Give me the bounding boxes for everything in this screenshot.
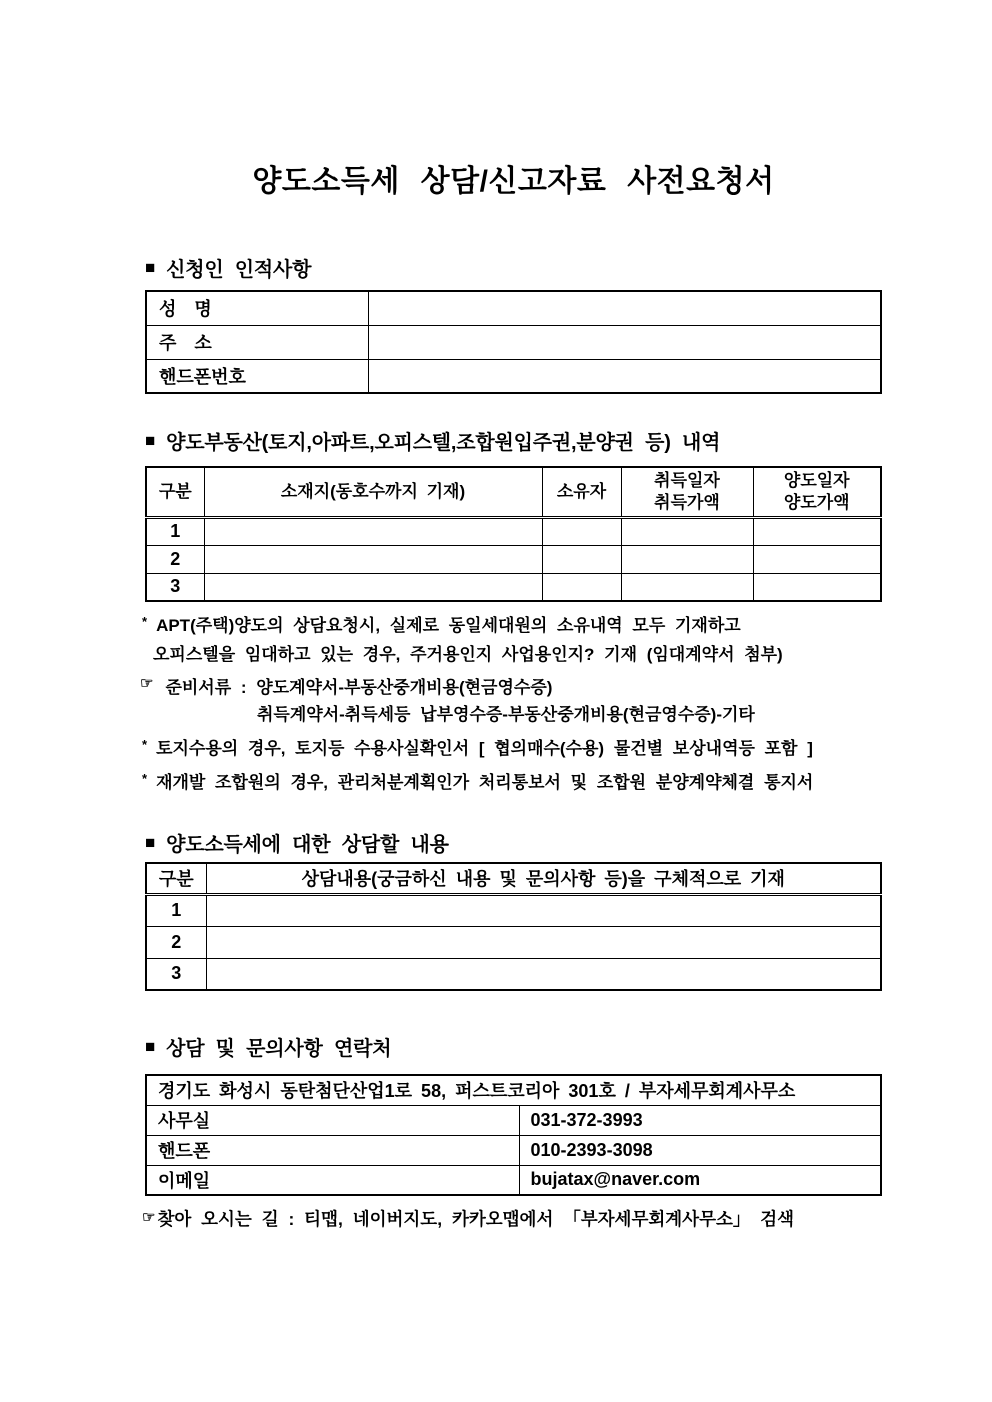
section-heading-applicant-label: 신청인 인적사항 (166, 253, 311, 282)
note-text: APT(주택)양도의 상담요청시, 실제로 동일세대원의 소유내역 모두 기재하… (156, 611, 741, 636)
page-title: 양도소득세 상담/신고자료 사전요청서 (145, 156, 882, 200)
transfer-cell (753, 573, 881, 601)
col-header-owner: 소유자 (542, 467, 621, 517)
office-address: 경기도 화성시 동탄첨단산업1로 58, 퍼스트코리아 301호 / 부자세무회… (146, 1075, 881, 1105)
col-header-no: 구분 (146, 863, 206, 894)
email-label: 이메일 (146, 1165, 519, 1195)
row-number: 2 (146, 545, 204, 573)
property-header-row: 구분 소재지(동호수까지 기재) 소유자 취득일자 취득가액 양도일자 양도가액 (146, 467, 881, 517)
location-cell (204, 545, 542, 573)
col-header-location: 소재지(동호수까지 기재) (204, 467, 542, 517)
note-text: 재개발 조합원의 경우, 관리처분계획인가 처리통보서 및 조합원 분양계약체결… (156, 768, 813, 793)
mobile-phone-label: 핸드폰 (146, 1135, 519, 1165)
section-heading-consult: ■ 양도소득세에 대한 상담할 내용 (145, 828, 449, 857)
address-label: 주 소 (146, 325, 368, 359)
applicant-row-name: 성 명 (146, 291, 881, 325)
row-number: 1 (146, 517, 204, 545)
name-label: 성 명 (146, 291, 368, 325)
property-row-1: 1 (146, 517, 881, 545)
owner-cell (542, 517, 621, 545)
section-heading-applicant: ■ 신청인 인적사항 (145, 253, 311, 282)
name-value-cell (368, 291, 881, 325)
property-row-3: 3 (146, 573, 881, 601)
asterisk-marker-icon: * (142, 771, 147, 786)
acquisition-cell (621, 517, 753, 545)
location-cell (204, 573, 542, 601)
transfer-price-label: 양도가액 (756, 492, 879, 514)
note-redevelopment: * 재개발 조합원의 경우, 관리처분계획인가 처리통보서 및 조합원 분양계약… (140, 768, 813, 793)
consult-row-2: 2 (146, 926, 881, 958)
acquisition-cell (621, 573, 753, 601)
directions-text: 찾아 오시는 길 : 티맵, 네이버지도, 카카오맵에서 「부자세무회계사무소」… (157, 1206, 794, 1231)
transfer-cell (753, 517, 881, 545)
acquisition-price-label: 취득가액 (624, 492, 751, 514)
section-heading-property: ■ 양도부동산(토지,아파트,오피스텔,조합원입주권,분양권 등) 내역 (145, 426, 720, 455)
note-text: 토지수용의 경우, 토지등 수용사실확인서 [ 협의매수(수용) 물건별 보상내… (156, 734, 813, 759)
section-heading-contact-label: 상담 및 문의사항 연락처 (166, 1032, 391, 1061)
contact-address-row: 경기도 화성시 동탄첨단산업1로 58, 퍼스트코리아 301호 / 부자세무회… (146, 1075, 881, 1105)
applicant-row-phone: 핸드폰번호 (146, 359, 881, 393)
consult-content-cell (206, 958, 881, 990)
note-docs-line2: 취득계약서-취득세등 납부영수증-부동산중개비용(현금영수증)-기타 (140, 700, 755, 725)
transfer-date-label: 양도일자 (756, 470, 879, 492)
owner-cell (542, 573, 621, 601)
note-text: 준비서류 : 양도계약서-부동산중개비용(현금영수증) (165, 673, 552, 698)
contact-table: 경기도 화성시 동탄첨단산업1로 58, 퍼스트코리아 301호 / 부자세무회… (145, 1074, 882, 1196)
phone-label: 핸드폰번호 (146, 359, 368, 393)
phone-value-cell (368, 359, 881, 393)
consult-table: 구분 상담내용(궁금하신 내용 및 문의사항 등)을 구체적으로 기재 1 2 … (145, 862, 882, 991)
location-cell (204, 517, 542, 545)
mobile-phone-value: 010-2393-3098 (519, 1135, 881, 1165)
asterisk-marker-icon: * (142, 614, 147, 629)
note-land: * 토지수용의 경우, 토지등 수용사실확인서 [ 협의매수(수용) 물건별 보… (140, 734, 813, 759)
consult-header-row: 구분 상담내용(궁금하신 내용 및 문의사항 등)을 구체적으로 기재 (146, 863, 881, 894)
contact-row-email: 이메일 bujatax@naver.com (146, 1165, 881, 1195)
asterisk-marker-icon: * (142, 737, 147, 752)
applicant-table: 성 명 주 소 핸드폰번호 (145, 290, 882, 394)
consult-row-3: 3 (146, 958, 881, 990)
pointing-hand-icon: ☞ (140, 674, 153, 692)
office-phone-value: 031-372-3993 (519, 1105, 881, 1135)
consult-row-1: 1 (146, 894, 881, 926)
pointing-hand-icon: ☞ (142, 1208, 155, 1226)
transfer-cell (753, 545, 881, 573)
square-bullet-icon: ■ (145, 432, 155, 449)
section-heading-consult-label: 양도소득세에 대한 상담할 내용 (166, 828, 449, 857)
applicant-row-address: 주 소 (146, 325, 881, 359)
consult-content-cell (206, 894, 881, 926)
section-heading-property-label: 양도부동산(토지,아파트,오피스텔,조합원입주권,분양권 등) 내역 (166, 426, 720, 455)
row-number: 3 (146, 958, 206, 990)
contact-row-mobile: 핸드폰 010-2393-3098 (146, 1135, 881, 1165)
owner-cell (542, 545, 621, 573)
property-row-2: 2 (146, 545, 881, 573)
col-header-acquisition: 취득일자 취득가액 (621, 467, 753, 517)
note-text: 오피스텔을 임대하고 있는 경우, 주거용인지 사업용인지? 기재 (임대계약서… (153, 640, 783, 665)
section-heading-contact: ■ 상담 및 문의사항 연락처 (145, 1032, 391, 1061)
note-apt-line2: 오피스텔을 임대하고 있는 경우, 주거용인지 사업용인지? 기재 (임대계약서… (140, 640, 783, 665)
consult-content-cell (206, 926, 881, 958)
note-docs-line1: ☞ 준비서류 : 양도계약서-부동산중개비용(현금영수증) (140, 673, 552, 698)
col-header-no: 구분 (146, 467, 204, 517)
property-table: 구분 소재지(동호수까지 기재) 소유자 취득일자 취득가액 양도일자 양도가액… (145, 466, 882, 602)
square-bullet-icon: ■ (145, 834, 155, 851)
email-value: bujatax@naver.com (519, 1165, 881, 1195)
col-header-content: 상담내용(궁금하신 내용 및 문의사항 등)을 구체적으로 기재 (206, 863, 881, 894)
row-number: 3 (146, 573, 204, 601)
square-bullet-icon: ■ (145, 1038, 155, 1055)
square-bullet-icon: ■ (145, 259, 155, 276)
note-apt-line1: * APT(주택)양도의 상담요청시, 실제로 동일세대원의 소유내역 모두 기… (140, 611, 741, 636)
row-number: 2 (146, 926, 206, 958)
note-text: 취득계약서-취득세등 납부영수증-부동산중개비용(현금영수증)-기타 (257, 700, 755, 725)
acquisition-cell (621, 545, 753, 573)
col-header-transfer: 양도일자 양도가액 (753, 467, 881, 517)
address-value-cell (368, 325, 881, 359)
directions-note: ☞ 찾아 오시는 길 : 티맵, 네이버지도, 카카오맵에서 「부자세무회계사무… (142, 1206, 794, 1231)
office-phone-label: 사무실 (146, 1105, 519, 1135)
contact-row-office: 사무실 031-372-3993 (146, 1105, 881, 1135)
acquisition-date-label: 취득일자 (624, 470, 751, 492)
row-number: 1 (146, 894, 206, 926)
